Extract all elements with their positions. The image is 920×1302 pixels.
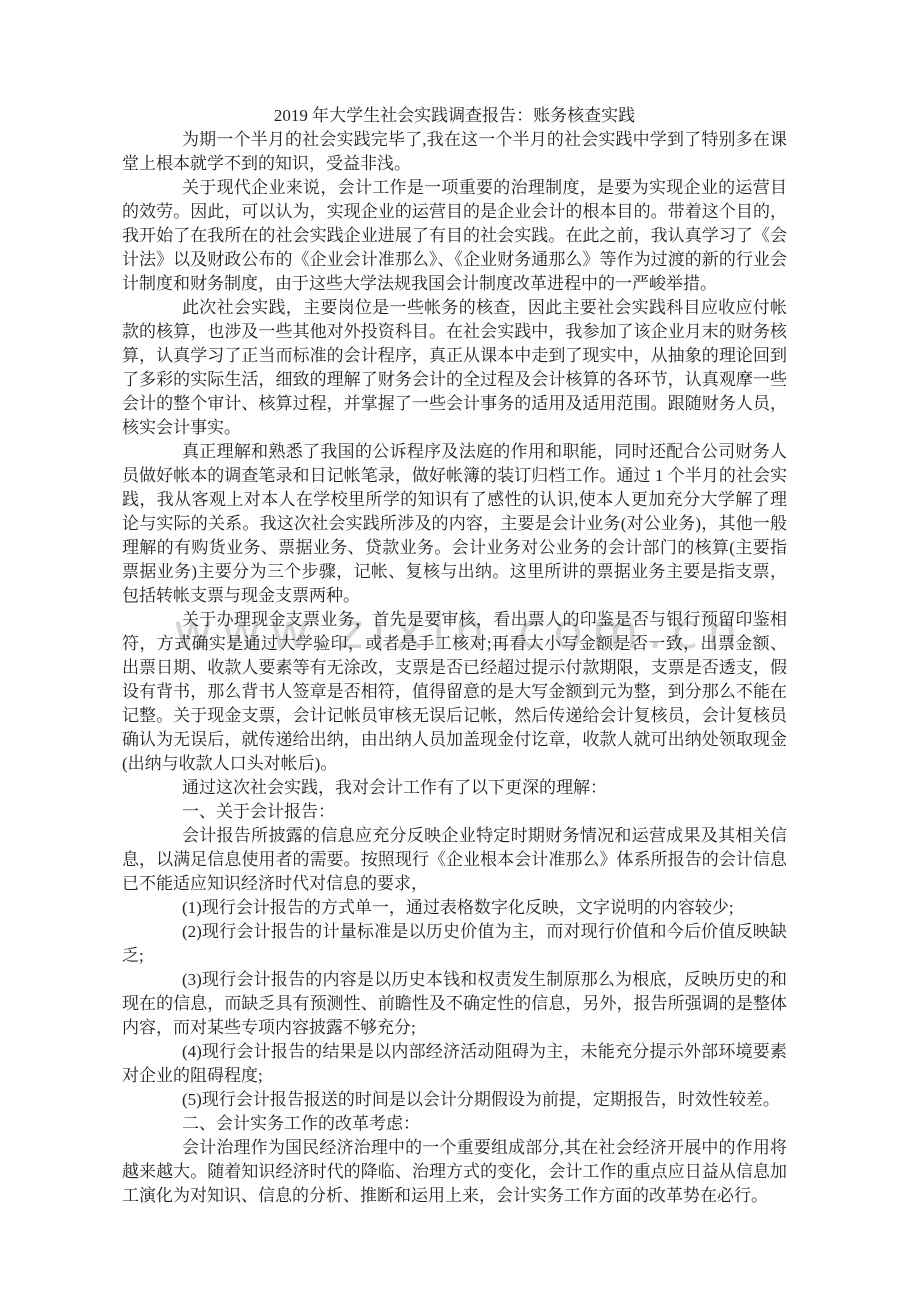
paragraph: 关于现代企业来说，会计工作是一项重要的治理制度，是要为实现企业的运营目的效劳。因… xyxy=(122,176,787,296)
paragraph-list-item: (5)现行会计报告报送的时间是以会计分期假设为前提，定期报告，时效性较差。 xyxy=(122,1088,787,1112)
paragraph: 为期一个半月的社会实践完毕了,我在这一个半月的社会实践中学到了特别多在课堂上根本… xyxy=(122,128,787,176)
paragraph-list-item: (2)现行会计报告的计量标准是以历史价值为主，而对现行价值和今后价值反映缺乏; xyxy=(122,920,787,968)
paragraph: 会计报告所披露的信息应充分反映企业特定时期财务情况和运营成果及其相关信息，以满足… xyxy=(122,824,787,896)
document-page: www.zixin.com.cn 2019 年大学生社会实践调查报告：账务核查实… xyxy=(0,0,920,1302)
paragraph-list-item: (3)现行会计报告的内容是以历史本钱和权责发生制原那么为根底，反映历史的和现在的… xyxy=(122,968,787,1040)
paragraph-list-item: (1)现行会计报告的方式单一，通过表格数字化反映，文字说明的内容较少; xyxy=(122,896,787,920)
paragraph: 真正理解和熟悉了我国的公诉程序及法庭的作用和职能，同时还配合公司财务人员做好帐本… xyxy=(122,440,787,608)
paragraph: 此次社会实践，主要岗位是一些帐务的核查，因此主要社会实践科目应收应付帐款的核算，… xyxy=(122,296,787,440)
paragraph-list-item: (4)现行会计报告的结果是以内部经济活动阻碍为主，未能充分提示外部环境要素对企业… xyxy=(122,1040,787,1088)
document-body: 2019 年大学生社会实践调查报告：账务核查实践 为期一个半月的社会实践完毕了,… xyxy=(122,104,787,1208)
document-title: 2019 年大学生社会实践调查报告：账务核查实践 xyxy=(122,104,787,128)
paragraph: 关于办理现金支票业务，首先是要审核，看出票人的印鉴是否与银行预留印鉴相符，方式确… xyxy=(122,608,787,776)
paragraph-heading: 二、会计实务工作的改革考虑： xyxy=(122,1112,787,1136)
paragraph-heading: 一、关于会计报告： xyxy=(122,800,787,824)
paragraph: 会计治理作为国民经济治理中的一个重要组成部分,其在社会经济开展中的作用将越来越大… xyxy=(122,1136,787,1208)
paragraph: 通过这次社会实践，我对会计工作有了以下更深的理解： xyxy=(122,776,787,800)
